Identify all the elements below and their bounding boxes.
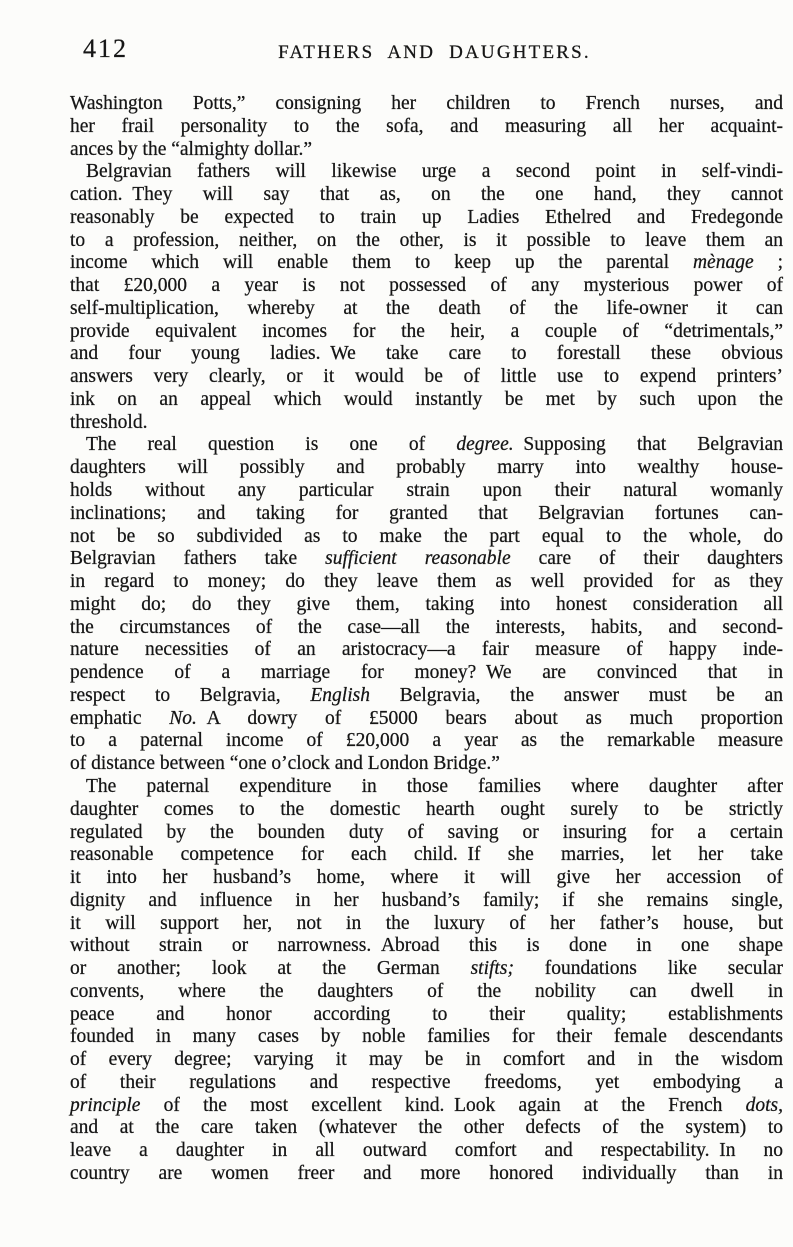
text-segment: it into her husband’s home, where it wil… — [70, 867, 783, 888]
text-line: dignity and influence in her husband’s f… — [70, 890, 783, 913]
text-segment: cation. They will say that as, on the on… — [70, 184, 783, 205]
text-line: regulated by the bounden duty of saving … — [70, 822, 783, 845]
text-line: reasonably be expected to train up Ladie… — [70, 207, 783, 230]
text-segment: income which will enable them to keep up… — [70, 252, 693, 273]
text-segment: The real question is one of — [86, 434, 456, 455]
text-segment: nature necessities of an aristocracy—a f… — [70, 639, 783, 660]
text-line: threshold. — [70, 412, 783, 435]
text-line: and at the care taken (whatever the othe… — [70, 1117, 783, 1140]
italic-text: dots, — [746, 1095, 783, 1116]
text-segment: of their regulations and respective free… — [70, 1072, 783, 1093]
italic-text: sufficient reasonable — [325, 548, 510, 569]
text-segment: emphatic — [70, 708, 169, 729]
text-segment: threshold. — [70, 412, 147, 433]
text-line: respect to Belgravia, English Belgravia,… — [70, 685, 783, 708]
text-segment: her frail personality to the sofa, and m… — [70, 116, 783, 137]
text-segment: regulated by the bounden duty of saving … — [70, 822, 783, 843]
text-line: it into her husband’s home, where it wil… — [70, 867, 783, 890]
text-line: principle of the most excellent kind. Lo… — [70, 1095, 783, 1118]
text-segment: of the most excellent kind. Look again a… — [140, 1095, 745, 1116]
text-line: income which will enable them to keep up… — [70, 252, 783, 275]
text-segment: might do; do they give them, taking into… — [70, 594, 783, 615]
text-line: provide equivalent incomes for the heir,… — [70, 321, 783, 344]
text-line: holds without any particular strain upon… — [70, 480, 783, 503]
book-page: 412 FATHERS AND DAUGHTERS. Washington Po… — [0, 0, 793, 1247]
text-line: daughters will possibly and probably mar… — [70, 457, 783, 480]
italic-text: No. — [169, 708, 197, 729]
text-line: answers very clearly, or it would be of … — [70, 366, 783, 389]
italic-text: degree. — [456, 434, 513, 455]
text-segment: in regard to money; do they leave them a… — [70, 571, 783, 592]
text-line: peace and honor according to their quali… — [70, 1004, 783, 1027]
text-line: to a profession, neither, on the other, … — [70, 230, 783, 253]
text-segment: ink on an appeal which would instantly b… — [70, 389, 783, 410]
paragraph: The paternal expenditure in those famili… — [70, 776, 783, 1186]
text-line: The real question is one of degree. Supp… — [70, 434, 783, 457]
text-line: reasonable competence for each child. If… — [70, 844, 783, 867]
text-line: of every degree; varying it may be in co… — [70, 1049, 783, 1072]
text-segment: foundations like secular — [514, 958, 783, 979]
text-segment: leave a daughter in all outward comfort … — [70, 1140, 783, 1161]
text-segment: provide equivalent incomes for the heir,… — [70, 321, 783, 342]
text-line: ink on an appeal which would instantly b… — [70, 389, 783, 412]
text-line: of distance between “one o’clock and Lon… — [70, 753, 783, 776]
text-line: that £20,000 a year is not possessed of … — [70, 275, 783, 298]
text-line: not be so subdivided as to make the part… — [70, 526, 783, 549]
text-segment: to a paternal income of £20,000 a year a… — [70, 730, 783, 751]
text-segment: daughters will possibly and probably mar… — [70, 457, 783, 478]
text-line: The paternal expenditure in those famili… — [70, 776, 783, 799]
text-line: cation. They will say that as, on the on… — [70, 184, 783, 207]
italic-text: English — [310, 685, 370, 706]
text-line: the circumstances of the case—all the in… — [70, 617, 783, 640]
text-segment: not be so subdivided as to make the part… — [70, 526, 783, 547]
text-line: emphatic No. A dowry of £5000 bears abou… — [70, 708, 783, 731]
text-segment: Belgravia, the answer must be an — [370, 685, 783, 706]
text-segment: respect to Belgravia, — [70, 685, 310, 706]
italic-text: mènage — [693, 252, 754, 273]
text-line: or another; look at the German stifts; f… — [70, 958, 783, 981]
text-segment: the circumstances of the case—all the in… — [70, 617, 783, 638]
italic-text: principle — [70, 1095, 140, 1116]
text-segment: The paternal expenditure in those famili… — [86, 776, 783, 797]
text-segment: to a profession, neither, on the other, … — [70, 230, 783, 251]
text-segment: reasonable competence for each child. If… — [70, 844, 783, 865]
text-line: and four young ladies. We take care to f… — [70, 343, 783, 366]
paragraph: Belgravian fathers will likewise urge a … — [70, 161, 783, 434]
text-line: her frail personality to the sofa, and m… — [70, 116, 783, 139]
text-line: might do; do they give them, taking into… — [70, 594, 783, 617]
text-segment: ; — [754, 252, 783, 273]
text-segment: convents, where the daughters of the nob… — [70, 981, 783, 1002]
text-segment: inclinations; and taking for granted tha… — [70, 503, 783, 524]
text-segment: pendence of a marriage for money? We are… — [70, 662, 783, 683]
text-line: ances by the “almighty dollar.” — [70, 139, 783, 162]
running-title: FATHERS AND DAUGHTERS. — [78, 43, 791, 63]
text-segment: of every degree; varying it may be in co… — [70, 1049, 783, 1070]
text-line: Belgravian fathers take sufficient reaso… — [70, 548, 783, 571]
text-segment: Washington Potts,” consigning her childr… — [70, 93, 783, 114]
text-segment: and four young ladies. We take care to f… — [70, 343, 783, 364]
text-segment: Belgravian fathers will likewise urge a … — [86, 161, 783, 182]
text-segment: care of their daughters — [511, 548, 783, 569]
text-line: convents, where the daughters of the nob… — [70, 981, 783, 1004]
text-segment: it will support her, not in the luxury o… — [70, 913, 783, 934]
text-segment: of distance between “one o’clock and Lon… — [70, 753, 500, 774]
text-line: leave a daughter in all outward comfort … — [70, 1140, 783, 1163]
text-line: daughter comes to the domestic hearth ou… — [70, 799, 783, 822]
text-line: country are women freer and more honored… — [70, 1163, 783, 1186]
page-body: Washington Potts,” consigning her childr… — [70, 93, 783, 1186]
text-segment: country are women freer and more honored… — [70, 1163, 783, 1184]
text-segment: that £20,000 a year is not possessed of … — [70, 275, 783, 296]
text-line: nature necessities of an aristocracy—a f… — [70, 639, 783, 662]
text-segment: reasonably be expected to train up Ladie… — [70, 207, 783, 228]
text-segment: or another; look at the German — [70, 958, 471, 979]
text-segment: answers very clearly, or it would be of … — [70, 366, 783, 387]
paragraph: Washington Potts,” consigning her childr… — [70, 93, 783, 161]
text-line: of their regulations and respective free… — [70, 1072, 783, 1095]
text-line: without strain or narrowness. Abroad thi… — [70, 935, 783, 958]
text-line: pendence of a marriage for money? We are… — [70, 662, 783, 685]
text-segment: and at the care taken (whatever the othe… — [70, 1117, 783, 1138]
text-segment: daughter comes to the domestic hearth ou… — [70, 799, 783, 820]
text-line: it will support her, not in the luxury o… — [70, 913, 783, 936]
text-line: founded in many cases by noble families … — [70, 1026, 783, 1049]
text-segment: founded in many cases by noble families … — [70, 1026, 783, 1047]
text-line: self-multiplication, whereby at the deat… — [70, 298, 783, 321]
text-line: to a paternal income of £20,000 a year a… — [70, 730, 783, 753]
text-line: Washington Potts,” consigning her childr… — [70, 93, 783, 116]
paragraph: The real question is one of degree. Supp… — [70, 434, 783, 775]
text-segment: A dowry of £5000 bears about as much pro… — [197, 708, 783, 729]
italic-text: stifts; — [471, 958, 514, 979]
text-line: Belgravian fathers will likewise urge a … — [70, 161, 783, 184]
text-segment: Belgravian fathers take — [70, 548, 325, 569]
text-line: in regard to money; do they leave them a… — [70, 571, 783, 594]
text-segment: Supposing that Belgravian — [514, 434, 783, 455]
text-segment: holds without any particular strain upon… — [70, 480, 783, 501]
text-line: inclinations; and taking for granted tha… — [70, 503, 783, 526]
text-segment: ances by the “almighty dollar.” — [70, 139, 312, 160]
text-segment: self-multiplication, whereby at the deat… — [70, 298, 783, 319]
text-segment: without strain or narrowness. Abroad thi… — [70, 935, 783, 956]
text-segment: peace and honor according to their quali… — [70, 1004, 783, 1025]
text-segment: dignity and influence in her husband’s f… — [70, 890, 783, 911]
